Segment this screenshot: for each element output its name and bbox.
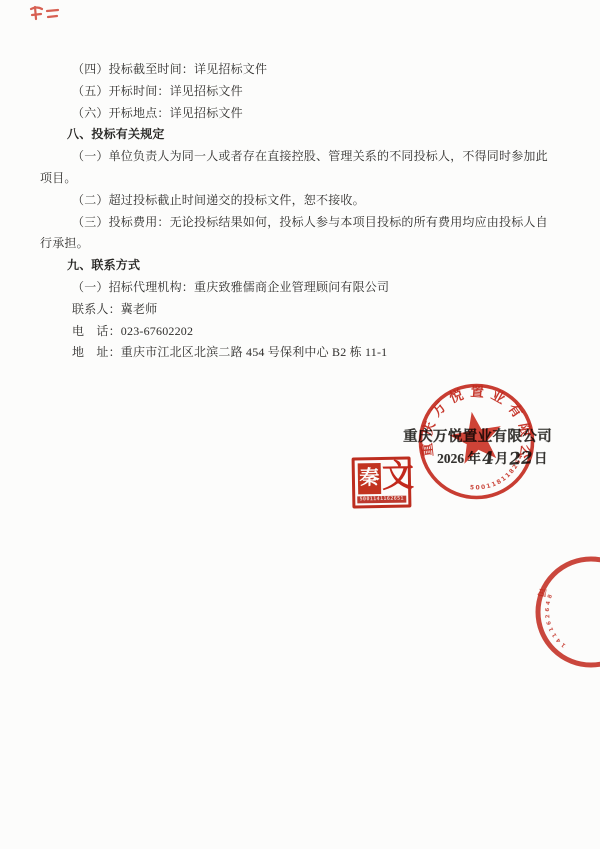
date-day-number: 22: [508, 448, 535, 470]
partial-seal-char: 司: [536, 587, 548, 598]
square-name-seal: 秦 文 5001141162651: [352, 456, 412, 508]
seal-char-wen: 文: [382, 457, 411, 495]
date-overlay: 2026 年4月22日: [437, 447, 547, 468]
date-month-number: 4: [480, 449, 495, 470]
company-name-overlay: 重庆万悦置业有限公司: [403, 425, 552, 446]
square-seal-serial: 5001141162651: [357, 496, 406, 504]
seal-char-qin: 秦: [358, 463, 382, 494]
date-day-label: 日: [534, 451, 548, 466]
date-month-label: 月: [495, 451, 509, 466]
date-year: 2026 年: [437, 451, 481, 466]
scanned-document-page: （四）投标截至时间：详见招标文件 （五）开标时间：详见招标文件 （六）开标地点：…: [0, 0, 600, 849]
partial-seal-edge: 141162648 司: [526, 549, 600, 679]
